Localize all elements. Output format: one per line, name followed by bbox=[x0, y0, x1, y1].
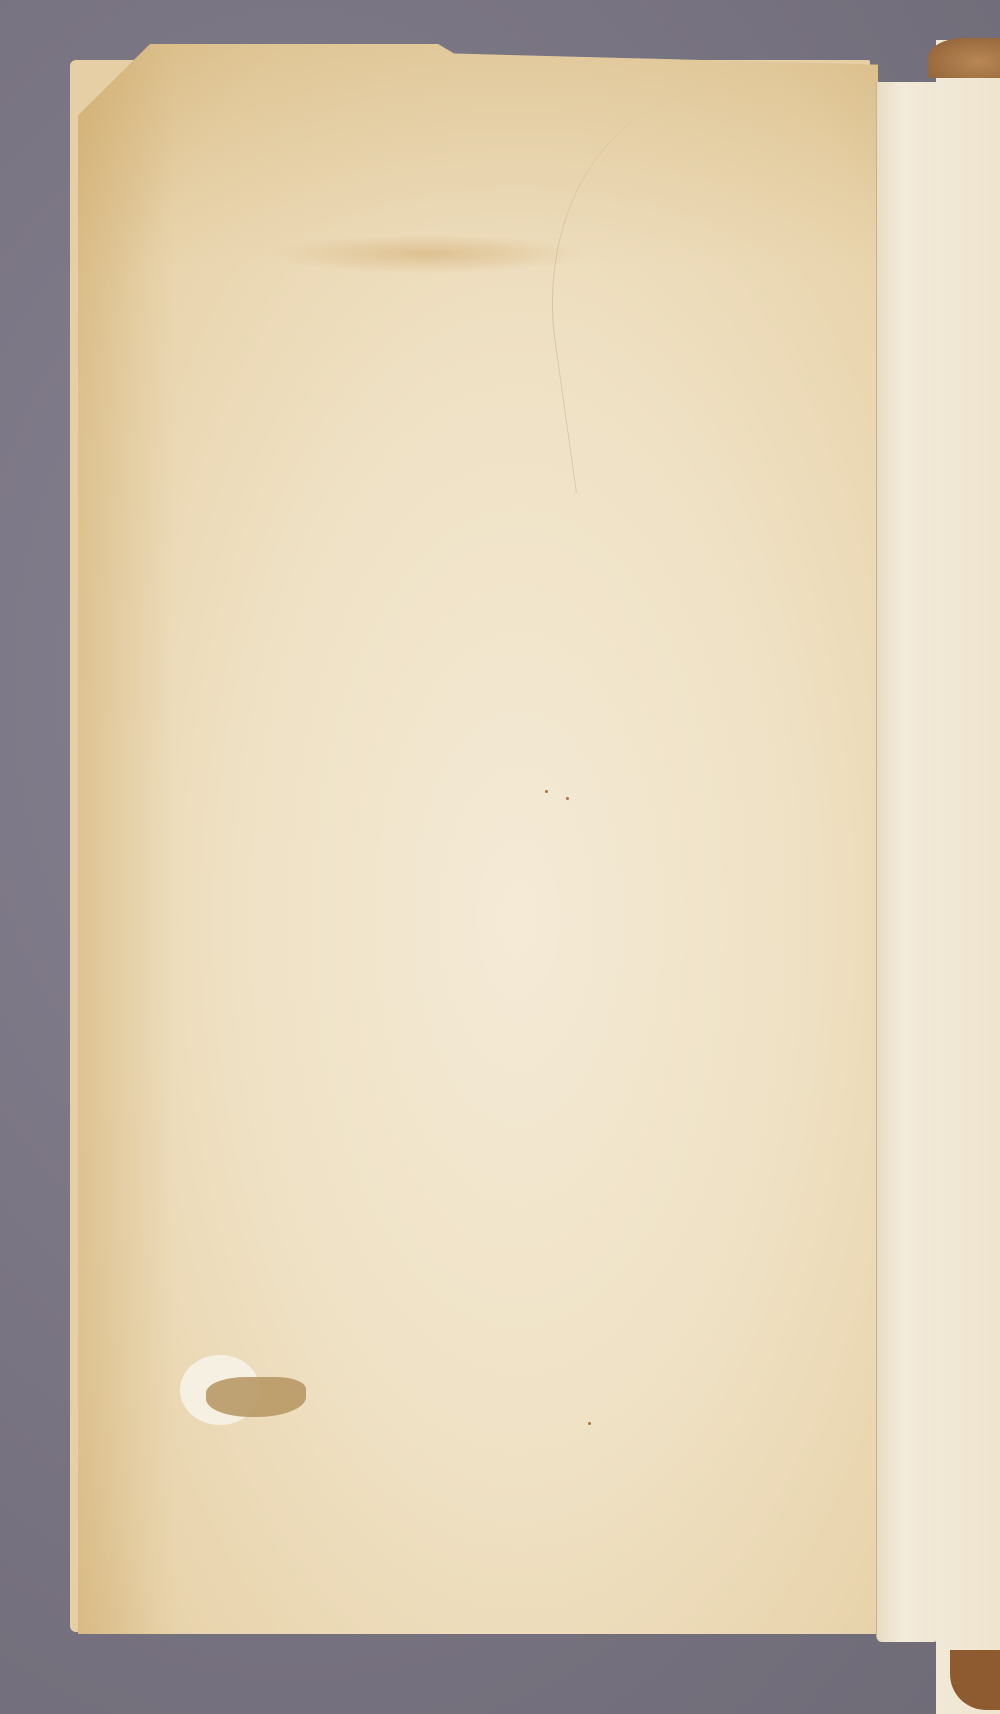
brown-stain bbox=[206, 1377, 306, 1417]
fold-crease bbox=[523, 75, 874, 493]
leather-binding bbox=[928, 38, 1000, 78]
text-block-edge bbox=[936, 40, 1000, 1714]
stain-spot bbox=[180, 1355, 310, 1425]
foxing-speck bbox=[588, 1422, 591, 1425]
foxing-speck bbox=[566, 797, 569, 800]
water-stain bbox=[268, 234, 588, 274]
foxing-speck bbox=[545, 790, 548, 793]
gutter-stub bbox=[876, 82, 939, 1642]
